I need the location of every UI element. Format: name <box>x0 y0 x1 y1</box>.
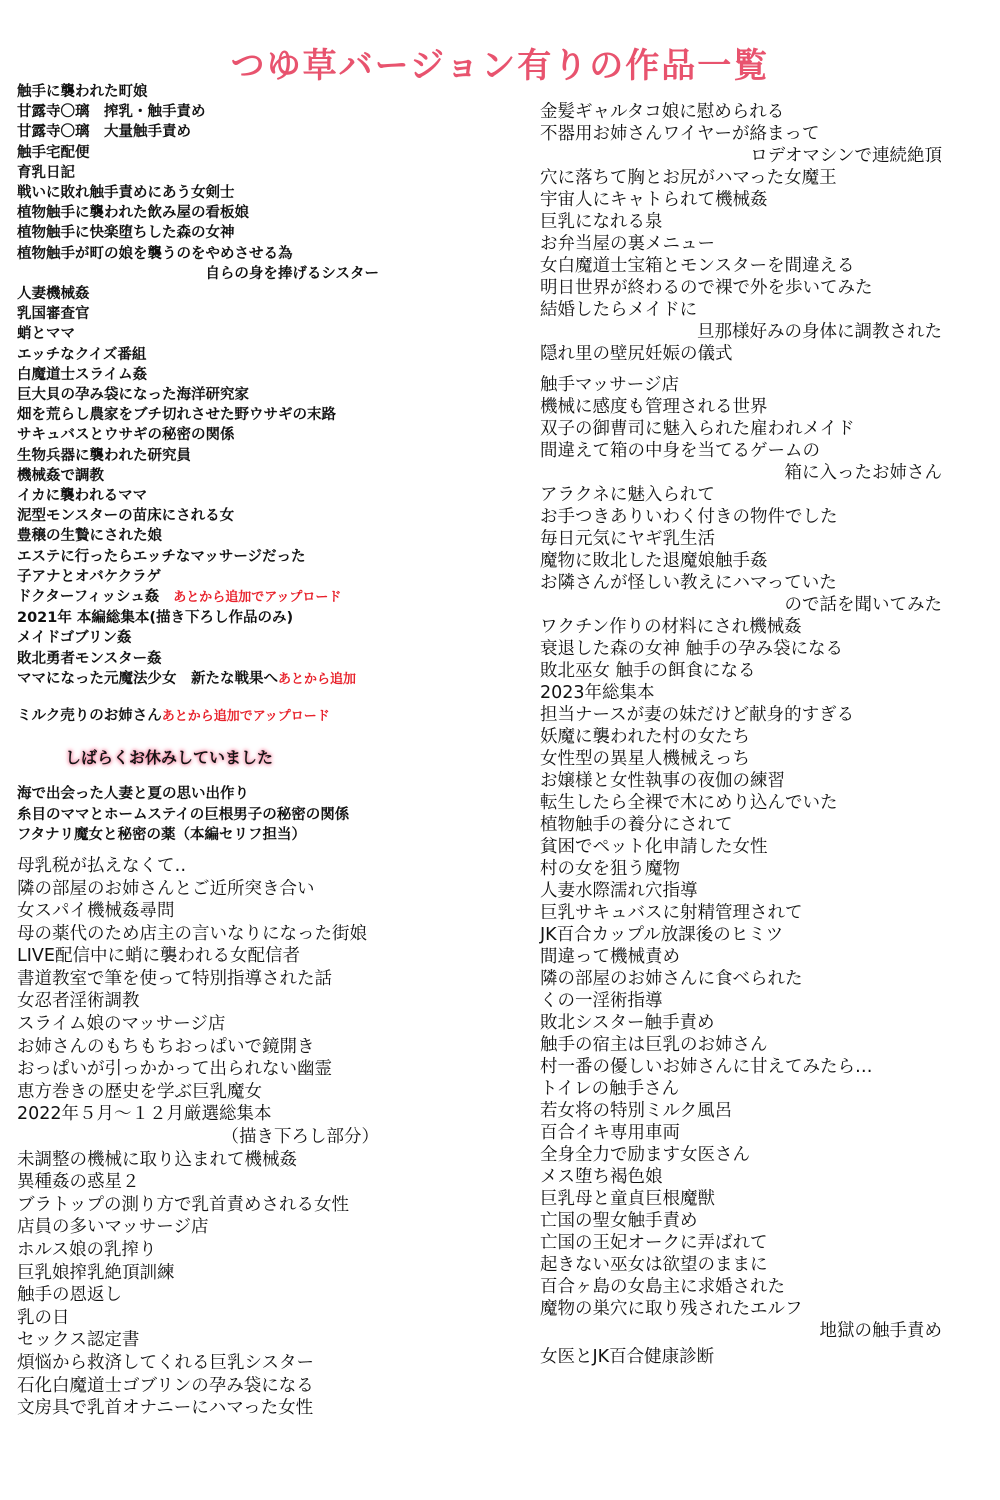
work-title: 隣の部屋のお姉さんとご近所突き合い <box>17 879 315 899</box>
work-title-item: お嬢様と女性執事の夜伽の練習 <box>540 770 980 792</box>
work-title: 豊穣の生贄にされた娘 <box>17 528 162 544</box>
work-title: 巨乳になれる泉 <box>540 212 663 232</box>
added-later-note: あとから追加でアップロード <box>162 709 330 724</box>
work-title-item: 人妻機械姦 <box>17 284 517 304</box>
work-title: 触手の宿主は巨乳のお姉さん <box>540 1035 768 1055</box>
work-title-item: LIVE配信中に蛸に襲われる女配信者 <box>17 945 517 968</box>
work-title-item: 村一番の優しいお姉さんに甘えてみたら… <box>540 1056 980 1078</box>
work-title: おっぱいが引っかかって出られない幽霊 <box>17 1059 332 1079</box>
work-title-item: 亡国の聖女触手責め <box>540 1210 980 1232</box>
added-later-note: あとから追加 <box>278 672 356 687</box>
work-title: 植物触手に襲われた飲み屋の看板娘 <box>17 205 249 221</box>
work-title: 毎日元気にヤギ乳生活 <box>540 529 715 549</box>
work-title-item: サキュバスとウサギの秘密の関係 <box>17 425 517 445</box>
work-title: 植物触手が町の娘を襲うのをやめさせる為 <box>17 246 293 262</box>
spacer <box>17 690 517 706</box>
work-title-item: トイレの触手さん <box>540 1078 980 1100</box>
work-title-item: 2023年総集本 <box>540 682 980 704</box>
work-title: 未調整の機械に取り込まれて機械姦 <box>17 1150 297 1170</box>
work-title-item: ワクチン作りの材料にされ機械姦 <box>540 616 980 638</box>
work-title: 泥型モンスターの苗床にされる女 <box>17 508 234 524</box>
work-title: 双子の御曹司に魅入られた雇われメイド <box>540 419 855 439</box>
work-title-item: 双子の御曹司に魅入られた雇われメイド <box>540 418 980 440</box>
work-title: 敗北巫女 触手の餌食になる <box>540 661 756 681</box>
work-title-item: 機械姦で調教 <box>17 466 517 486</box>
work-title-item: 戦いに敗れ触手責めにあう女剣士 <box>17 183 517 203</box>
work-title: 女性型の異星人機械えっち <box>540 749 750 769</box>
work-title: 衰退した森の女神 触手の孕み袋になる <box>540 639 843 659</box>
work-title: 甘露寺〇璃 搾乳・触手責め <box>17 104 206 120</box>
work-list-group-4: 母乳税が払えなくて‥隣の部屋のお姉さんとご近所突き合い女スパイ機械姦尋問母の薬代… <box>17 855 517 1420</box>
work-title-item: JK百合カップル放課後のヒミツ <box>540 924 980 946</box>
work-title: 亡国の王妃オークに弄ばれて <box>540 1233 768 1253</box>
work-title-item: 亡国の王妃オークに弄ばれて <box>540 1232 980 1254</box>
work-title-item: 機械に感度も管理される世界 <box>540 396 980 418</box>
work-title: くの一淫術指導 <box>540 991 663 1011</box>
work-title-item: ミルク売りのお姉さんあとから追加でアップロード <box>17 706 517 727</box>
work-list-group-2: ミルク売りのお姉さんあとから追加でアップロード <box>17 706 517 727</box>
work-title-item: おっぱいが引っかかって出られない幽霊 <box>17 1058 517 1081</box>
work-title: 村一番の優しいお姉さんに甘えてみたら… <box>540 1057 873 1077</box>
work-title-item: 甘露寺〇璃 搾乳・触手責め <box>17 102 517 122</box>
work-title-item: スライム娘のマッサージ店 <box>17 1013 517 1036</box>
work-title: 百合ヶ島の女島主に求婚された <box>540 1277 785 1297</box>
work-title: ホルス娘の乳搾り <box>17 1240 156 1260</box>
work-title-item: 触手の宿主は巨乳のお姉さん <box>540 1034 980 1056</box>
work-title: 子アナとオバケクラゲ <box>17 569 161 585</box>
work-title: トイレの触手さん <box>540 1079 679 1099</box>
work-title: 触手宅配便 <box>17 145 90 161</box>
work-title: サキュバスとウサギの秘密の関係 <box>17 427 235 443</box>
work-title-item: ブラトップの測り方で乳首責めされる女性 <box>17 1194 517 1217</box>
work-title: お手つきありいわく付きの物件でした <box>540 507 838 527</box>
work-title-item: エッチなクイズ番組 <box>17 345 517 365</box>
work-title: 母乳税が払えなくて‥ <box>17 856 186 876</box>
work-title-continuation: 自らの身を捧げるシスター <box>17 264 379 284</box>
work-title-item: 子アナとオバケクラゲ <box>17 567 517 587</box>
work-title-item: お弁当屋の裏メニュー <box>540 233 980 255</box>
work-title-continuation: （描き下ろし部分） <box>17 1126 379 1149</box>
work-title: 触手マッサージ店 <box>540 375 679 395</box>
work-title: お隣さんが怪しい教えにハマっていた <box>540 573 837 593</box>
work-title: 書道教室で筆を使って特別指導された話 <box>17 969 332 989</box>
work-title: 煩悩から救済してくれる巨乳シスター <box>17 1353 314 1373</box>
work-title-item: 間違えて箱の中身を当てるゲームの <box>540 440 980 462</box>
work-title-item: 植物触手の養分にされて <box>540 814 980 836</box>
work-title: 植物触手の養分にされて <box>540 815 733 835</box>
work-title: 女忍者淫術調教 <box>17 991 140 1011</box>
work-title: 若女将の特別ミルク風呂 <box>540 1101 732 1121</box>
work-title-item: 妖魔に襲われた村の女たち <box>540 726 980 748</box>
work-title-item: 敗北シスター触手責め <box>540 1012 980 1034</box>
work-title-item: 母の薬代のため店主の言いなりになった街娘 <box>17 923 517 946</box>
work-title: 金髪ギャルタコ娘に慰められる <box>540 102 784 122</box>
added-later-note: あとから追加でアップロード <box>173 590 341 605</box>
work-title-item: 植物触手が町の娘を襲うのをやめさせる為 <box>17 244 517 264</box>
work-title-item: 書道教室で筆を使って特別指導された話 <box>17 968 517 991</box>
work-title-item: 畑を荒らし農家をブチ切れさせた野ウサギの末路 <box>17 405 517 425</box>
work-title: 隣の部屋のお姉さんに食べられた <box>540 969 803 989</box>
work-title-item: 白魔道士スライム姦 <box>17 365 517 385</box>
work-title: 担当ナースが妻の妹だけど献身的すぎる <box>540 705 854 725</box>
work-title: エステに行ったらエッチなマッサージだった <box>17 549 306 565</box>
work-title: 2021年 本編総集本(描き下ろし作品のみ) <box>17 610 293 626</box>
work-list-group-2: 触手マッサージ店機械に感度も管理される世界双子の御曹司に魅入られた雇われメイド間… <box>540 374 980 1342</box>
work-title-item: 敗北勇者モンスター姦 <box>17 649 517 669</box>
work-title: 間違えて箱の中身を当てるゲームの <box>540 441 820 461</box>
work-title-item: お姉さんのもちもちおっぱいで鏡開き <box>17 1036 517 1059</box>
work-title: 機械に感度も管理される世界 <box>540 397 768 417</box>
work-title: 人妻機械姦 <box>17 286 90 302</box>
work-title: 女医とJK百合健康診断 <box>540 1347 714 1367</box>
work-title-item: 衰退した森の女神 触手の孕み袋になる <box>540 638 980 660</box>
work-title-item: 巨乳母と童貞巨根魔獣 <box>540 1188 980 1210</box>
work-title-item: 女医とJK百合健康診断 <box>540 1346 980 1368</box>
work-title: 畑を荒らし農家をブチ切れさせた野ウサギの末路 <box>17 407 336 423</box>
work-title-item: 2021年 本編総集本(描き下ろし作品のみ) <box>17 608 517 628</box>
work-title: 2023年総集本 <box>540 683 655 703</box>
work-title: フタナリ魔女と秘密の薬（本編セリフ担当） <box>17 827 306 843</box>
work-title: 不器用お姉さんワイヤーが絡まって <box>540 124 819 144</box>
work-title: 巨大貝の孕み袋になった海洋研究家 <box>17 387 249 403</box>
work-title-item: 蛸とママ <box>17 324 517 344</box>
work-title-item: 巨乳サキュバスに射精管理されて <box>540 902 980 924</box>
work-title-continuation: ので話を聞いてみた <box>540 594 942 616</box>
work-title-item: 不器用お姉さんワイヤーが絡まって <box>540 123 980 145</box>
work-title: 生物兵器に襲われた研究員 <box>17 448 191 464</box>
work-title-item: お隣さんが怪しい教えにハマっていた <box>540 572 980 594</box>
work-title-item: 人妻水際濡れ穴指導 <box>540 880 980 902</box>
work-title: イカに襲われるママ <box>17 488 147 504</box>
work-title: 貧困でペット化申請した女性 <box>540 837 768 857</box>
work-title-item: 乳国審査官 <box>17 304 517 324</box>
work-title-item: メイドゴブリン姦 <box>17 628 517 648</box>
work-title-item: くの一淫術指導 <box>540 990 980 1012</box>
work-title-item: 結婚したらメイドに <box>540 299 980 321</box>
work-title: 植物触手に快楽堕ちした森の女神 <box>17 225 235 241</box>
hiatus-heading: しばらくお休みしていました <box>65 745 517 768</box>
work-title: 亡国の聖女触手責め <box>540 1211 698 1231</box>
work-title-item: 触手マッサージ店 <box>540 374 980 396</box>
work-title: 触手に襲われた町娘 <box>17 84 148 100</box>
work-title: 穴に落ちて胸とお尻がハマった女魔王 <box>540 168 837 188</box>
work-title: 蛸とママ <box>17 326 75 342</box>
work-title-item: 女忍者淫術調教 <box>17 990 517 1013</box>
work-title-item: 豊穣の生贄にされた娘 <box>17 526 517 546</box>
work-title: メス堕ち褐色娘 <box>540 1167 663 1187</box>
work-title: お姉さんのもちもちおっぱいで鏡開き <box>17 1037 315 1057</box>
work-title: 結婚したらメイドに <box>540 300 697 320</box>
work-title-item: 全身全力で励ます女医さん <box>540 1144 980 1166</box>
work-title-item: 植物触手に快楽堕ちした森の女神 <box>17 223 517 243</box>
work-title-item: お手つきありいわく付きの物件でした <box>540 506 980 528</box>
work-title: 触手の恩返し <box>17 1285 122 1305</box>
work-title: 機械姦で調教 <box>17 468 104 484</box>
work-title-item: 海で出会った人妻と夏の思い出作り <box>17 784 517 804</box>
spacer <box>540 365 980 374</box>
work-title: 育乳日記 <box>17 165 75 181</box>
work-title-item: メス堕ち褐色娘 <box>540 1166 980 1188</box>
work-title-item: 石化白魔道士ゴブリンの孕み袋になる <box>17 1375 517 1398</box>
work-title-item: 敗北巫女 触手の餌食になる <box>540 660 980 682</box>
work-title: ママになった元魔法少女 新たな戦果へ <box>17 671 278 687</box>
work-title-item: 2022年５月～１２月厳選総集本 <box>17 1103 517 1126</box>
work-title-item: アラクネに魅入られて <box>540 484 980 506</box>
work-title-item: 女白魔道士宝箱とモンスターを間違える <box>540 255 980 277</box>
work-title: 白魔道士スライム姦 <box>17 367 147 383</box>
work-title-item: 乳の日 <box>17 1307 517 1330</box>
work-title-item: 宇宙人にキャトられて機械姦 <box>540 189 980 211</box>
work-title: 海で出会った人妻と夏の思い出作り <box>17 786 249 802</box>
work-title: ドクターフィッシュ姦 <box>17 589 159 605</box>
work-title: 敗北シスター触手責め <box>540 1013 714 1033</box>
work-title-item: 村の女を狙う魔物 <box>540 858 980 880</box>
work-title-item: ドクターフィッシュ姦あとから追加でアップロード <box>17 587 517 608</box>
work-title-item: ママになった元魔法少女 新たな戦果へあとから追加 <box>17 669 517 690</box>
work-title-item: 間違って機械責め <box>540 946 980 968</box>
work-title-item: 魔物の巣穴に取り残されたエルフ <box>540 1298 980 1320</box>
work-title-item: 未調整の機械に取り込まれて機械姦 <box>17 1149 517 1172</box>
work-title-item: 触手の恩返し <box>17 1284 517 1307</box>
work-title-item: 担当ナースが妻の妹だけど献身的すぎる <box>540 704 980 726</box>
work-title-item: 恵方巻きの歴史を学ぶ巨乳魔女 <box>17 1081 517 1104</box>
work-title: エッチなクイズ番組 <box>17 347 146 363</box>
work-title: 巨乳娘搾乳絶頂訓練 <box>17 1263 175 1283</box>
work-list-group-3: 女医とJK百合健康診断 <box>540 1346 980 1368</box>
work-title: 乳の日 <box>17 1308 70 1328</box>
work-title-item: 糸目のママとホームステイの巨根男子の秘密の関係 <box>17 805 517 825</box>
work-title: 隠れ里の壁尻妊娠の儀式 <box>540 344 733 364</box>
work-title-item: 隣の部屋のお姉さんに食べられた <box>540 968 980 990</box>
work-title-item: 文房具で乳首オナニーにハマった女性 <box>17 1397 517 1420</box>
work-list-group-1: 触手に襲われた町娘甘露寺〇璃 搾乳・触手責め甘露寺〇璃 大量触手責め触手宅配便育… <box>17 82 517 690</box>
left-column: 触手に襲われた町娘甘露寺〇璃 搾乳・触手責め甘露寺〇璃 大量触手責め触手宅配便育… <box>17 82 517 1420</box>
work-title: 女白魔道士宝箱とモンスターを間違える <box>540 256 854 276</box>
work-title-item: 泥型モンスターの苗床にされる女 <box>17 506 517 526</box>
work-title-item: 生物兵器に襲われた研究員 <box>17 446 517 466</box>
work-title: 明日世界が終わるので裸で外を歩いてみた <box>540 278 873 298</box>
work-title-item: 異種姦の惑星２ <box>17 1171 517 1194</box>
work-list-group-1: 金髪ギャルタコ娘に慰められる不器用お姉さんワイヤーが絡まってロデオマシンで連続絶… <box>540 101 980 365</box>
work-title-item: 若女将の特別ミルク風呂 <box>540 1100 980 1122</box>
work-title: 糸目のママとホームステイの巨根男子の秘密の関係 <box>17 807 349 823</box>
work-title-item: ホルス娘の乳搾り <box>17 1239 517 1262</box>
work-title-item: 店員の多いマッサージ店 <box>17 1216 517 1239</box>
work-title: メイドゴブリン姦 <box>17 630 132 646</box>
work-title: 間違って機械責め <box>540 947 680 967</box>
work-title-item: 魔物に敗北した退魔娘触手姦 <box>540 550 980 572</box>
work-title: 異種姦の惑星２ <box>17 1172 140 1192</box>
work-title: 敗北勇者モンスター姦 <box>17 651 162 667</box>
work-title-item: 百合イキ専用車両 <box>540 1122 980 1144</box>
work-title-item: 甘露寺〇璃 大量触手責め <box>17 122 517 142</box>
work-title: 文房具で乳首オナニーにハマった女性 <box>17 1398 313 1418</box>
work-title-item: イカに襲われるママ <box>17 486 517 506</box>
work-title: 転生したら全裸で木にめり込んでいた <box>540 793 838 813</box>
work-title: 店員の多いマッサージ店 <box>17 1217 208 1237</box>
work-title: 妖魔に襲われた村の女たち <box>540 727 750 747</box>
work-title: 女スパイ機械姦尋問 <box>17 901 175 921</box>
work-title: 石化白魔道士ゴブリンの孕み袋になる <box>17 1376 314 1396</box>
work-title: 巨乳母と童貞巨根魔獣 <box>540 1189 715 1209</box>
work-list-group-3: 海で出会った人妻と夏の思い出作り糸目のママとホームステイの巨根男子の秘密の関係フ… <box>17 784 517 845</box>
work-title-continuation: 地獄の触手責め <box>540 1320 942 1342</box>
work-title-continuation: ロデオマシンで連続絶頂 <box>540 145 942 167</box>
page-title: つゆ草バージョン有りの作品一覧 <box>0 38 1000 87</box>
work-title: 村の女を狙う魔物 <box>540 859 680 879</box>
work-title: お嬢様と女性執事の夜伽の練習 <box>540 771 785 791</box>
work-title: 魔物の巣穴に取り残されたエルフ <box>540 1299 803 1319</box>
work-title-item: 貧困でペット化申請した女性 <box>540 836 980 858</box>
work-title-item: 女スパイ機械姦尋問 <box>17 900 517 923</box>
work-title-item: 穴に落ちて胸とお尻がハマった女魔王 <box>540 167 980 189</box>
work-title: スライム娘のマッサージ店 <box>17 1014 225 1034</box>
work-title: 2022年５月～１２月厳選総集本 <box>17 1104 272 1124</box>
work-title-item: 女性型の異星人機械えっち <box>540 748 980 770</box>
work-title-item: 隠れ里の壁尻妊娠の儀式 <box>540 343 980 365</box>
work-title-item: 巨乳になれる泉 <box>540 211 980 233</box>
work-title: LIVE配信中に蛸に襲われる女配信者 <box>17 946 300 966</box>
work-title-continuation: 旦那様好みの身体に調教された <box>540 321 942 343</box>
work-title-item: 毎日元気にヤギ乳生活 <box>540 528 980 550</box>
work-title: 母の薬代のため店主の言いなりになった街娘 <box>17 924 367 944</box>
right-column: 金髪ギャルタコ娘に慰められる不器用お姉さんワイヤーが絡まってロデオマシンで連続絶… <box>540 101 980 1368</box>
work-title: お弁当屋の裏メニュー <box>540 234 715 254</box>
work-title: 乳国審査官 <box>17 306 90 322</box>
work-title-item: 育乳日記 <box>17 163 517 183</box>
work-title: セックス認定書 <box>17 1330 139 1350</box>
work-title-item: 金髪ギャルタコ娘に慰められる <box>540 101 980 123</box>
work-title: 甘露寺〇璃 大量触手責め <box>17 124 191 140</box>
work-title-item: 巨大貝の孕み袋になった海洋研究家 <box>17 385 517 405</box>
work-title-item: 触手に襲われた町娘 <box>17 82 517 102</box>
work-title: アラクネに魅入られて <box>540 485 715 505</box>
work-title-item: 転生したら全裸で木にめり込んでいた <box>540 792 980 814</box>
work-title: 起きない巫女は欲望のままに <box>540 1255 768 1275</box>
work-title: JK百合カップル放課後のヒミツ <box>540 925 783 945</box>
work-title-item: 触手宅配便 <box>17 143 517 163</box>
work-title: ブラトップの測り方で乳首責めされる女性 <box>17 1195 349 1215</box>
work-title: 百合イキ専用車両 <box>540 1123 680 1143</box>
work-title-item: フタナリ魔女と秘密の薬（本編セリフ担当） <box>17 825 517 845</box>
work-title-item: 巨乳娘搾乳絶頂訓練 <box>17 1262 517 1285</box>
work-title-item: 植物触手に襲われた飲み屋の看板娘 <box>17 203 517 223</box>
work-title-item: 煩悩から救済してくれる巨乳シスター <box>17 1352 517 1375</box>
work-title-item: 百合ヶ島の女島主に求婚された <box>540 1276 980 1298</box>
work-title-continuation: 箱に入ったお姉さん <box>540 462 942 484</box>
work-title: 魔物に敗北した退魔娘触手姦 <box>540 551 768 571</box>
work-title: 巨乳サキュバスに射精管理されて <box>540 903 803 923</box>
work-title-item: 母乳税が払えなくて‥ <box>17 855 517 878</box>
work-title: 宇宙人にキャトられて機械姦 <box>540 190 768 210</box>
work-title: 人妻水際濡れ穴指導 <box>540 881 698 901</box>
work-title: 戦いに敗れ触手責めにあう女剣士 <box>17 185 235 201</box>
work-title-item: 起きない巫女は欲望のままに <box>540 1254 980 1276</box>
work-title-item: セックス認定書 <box>17 1329 517 1352</box>
work-title: 恵方巻きの歴史を学ぶ巨乳魔女 <box>17 1082 262 1102</box>
work-title-item: 隣の部屋のお姉さんとご近所突き合い <box>17 878 517 901</box>
work-title: 全身全力で励ます女医さん <box>540 1145 750 1165</box>
work-title: ワクチン作りの材料にされ機械姦 <box>540 617 802 637</box>
spacer <box>17 845 517 855</box>
work-title-item: エステに行ったらエッチなマッサージだった <box>17 547 517 567</box>
work-title-item: 明日世界が終わるので裸で外を歩いてみた <box>540 277 980 299</box>
work-title: ミルク売りのお姉さん <box>17 708 162 724</box>
